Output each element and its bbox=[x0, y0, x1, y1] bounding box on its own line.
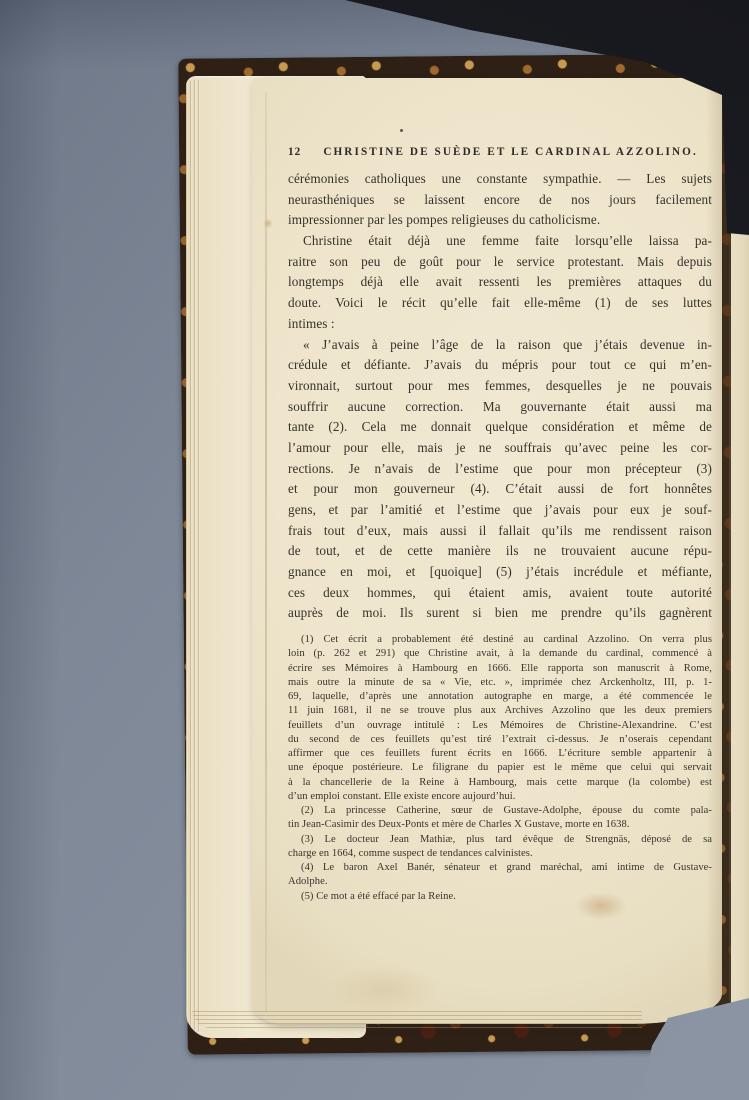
body-line: frais tout d’eux, mais aussi il fallait … bbox=[288, 521, 712, 542]
footnote-line: tin Jean-Casimir des Deux-Ponts et mère … bbox=[288, 818, 712, 832]
footnote-line: à la chancellerie de la Reine à Hambourg… bbox=[288, 776, 712, 790]
next-page-edge bbox=[731, 233, 749, 1003]
body-line: gens, et par l’amitié et l’estime que j’… bbox=[288, 500, 712, 521]
page-stack-striations bbox=[186, 80, 202, 1032]
book-photo: 12 CHRISTINE DE SUÈDE ET LE CARDINAL AZZ… bbox=[0, 0, 749, 1100]
body-line: et pour mon gouverneur (4). C’était auss… bbox=[288, 479, 712, 500]
footnote: (5) Ce mot a été effacé par la Reine. bbox=[288, 890, 712, 904]
page-header: 12 CHRISTINE DE SUÈDE ET LE CARDINAL AZZ… bbox=[288, 146, 712, 158]
footnote-line: loin (p. 262 et 291) que Christine avait… bbox=[288, 647, 712, 661]
footnote-line: écrire ses Mémoires à Hambourg en 1666. … bbox=[288, 662, 712, 676]
body-line: crédule et défiante. J’avais du mépris p… bbox=[288, 355, 712, 376]
footnote-line: Adolphe. bbox=[288, 875, 712, 889]
footnote-line: mais outre la minute de sa « Vie, etc. »… bbox=[288, 676, 712, 690]
body-line: gnance en moi, et [quoique] (5) j’étais … bbox=[288, 562, 712, 583]
body-line: cérémonies catholiques une constante sym… bbox=[288, 169, 712, 190]
body-line: souffrir aucune correction. Ma gouvernan… bbox=[288, 397, 712, 418]
footnotes: (1) Cet écrit a probablement été destiné… bbox=[288, 633, 712, 904]
footnote-line: (3) Le docteur Jean Mathiæ, plus tard év… bbox=[288, 833, 712, 847]
footnote: (2) La princesse Catherine, sœur de Gust… bbox=[288, 804, 712, 833]
body-line: de tout, et de cette manière ils ne trou… bbox=[288, 541, 712, 562]
footnote-line: feuillets d’un ouvrage intitulé : Les Mé… bbox=[288, 719, 712, 733]
page-text: 12 CHRISTINE DE SUÈDE ET LE CARDINAL AZZ… bbox=[288, 146, 712, 904]
body-line: neurasthéniques se laissent encore de no… bbox=[288, 190, 712, 211]
footnote: (4) Le baron Axel Banér, sénateur et gra… bbox=[288, 861, 712, 890]
body-paragraph: « J’avais à peine l’âge de la raison que… bbox=[288, 335, 712, 625]
body-line: ces deux hommes, qui étaient amis, avaie… bbox=[288, 583, 712, 604]
running-title: CHRISTINE DE SUÈDE ET LE CARDINAL AZZOLI… bbox=[309, 146, 712, 158]
page-stain bbox=[330, 965, 440, 1013]
footnote-line: 69, laquelle, d’après une annotation aut… bbox=[288, 690, 712, 704]
body-line: tante (2). Cela me donnait quelque consi… bbox=[288, 417, 712, 438]
footnote-line: (5) Ce mot a été effacé par la Reine. bbox=[288, 890, 712, 904]
footnote: (3) Le docteur Jean Mathiæ, plus tard év… bbox=[288, 833, 712, 862]
footnote-line: (2) La princesse Catherine, sœur de Gust… bbox=[288, 804, 712, 818]
footnote: (1) Cet écrit a probablement été destiné… bbox=[288, 633, 712, 804]
page-speck bbox=[400, 129, 403, 132]
body-line: doute. Voici le récit qu’elle fait elle-… bbox=[288, 293, 712, 314]
body-line: Christine était déjà une femme faite lor… bbox=[288, 231, 712, 252]
body-line: l’amour pour elle, mais je ne souffrais … bbox=[288, 438, 712, 459]
body-line: intimes : bbox=[288, 314, 712, 335]
footnote-line: affirmer que ces feuillets furent écrits… bbox=[288, 747, 712, 761]
footnote-line: (4) Le baron Axel Banér, sénateur et gra… bbox=[288, 861, 712, 875]
page-number: 12 bbox=[288, 146, 301, 158]
body-line: auprès de moi. Ils surent si bien me pre… bbox=[288, 603, 712, 624]
body-line: longtemps déjà elle avait ressenti les p… bbox=[288, 272, 712, 293]
footnote-line: une époque postérieure. Le filigrane du … bbox=[288, 761, 712, 775]
body-paragraph: Christine était déjà une femme faite lor… bbox=[288, 231, 712, 334]
page-bottom-edges bbox=[192, 1010, 642, 1028]
page-crease bbox=[265, 92, 267, 1012]
page-stain bbox=[263, 219, 273, 228]
body-line: vironnait, surtout pour mes femmes, desq… bbox=[288, 376, 712, 397]
body-line: impressionner par les pompes religieuses… bbox=[288, 210, 712, 231]
footnote-line: du second de ces feuillets qu’est tiré l… bbox=[288, 733, 712, 747]
body-line: raitre son peu de goût pour le service p… bbox=[288, 252, 712, 273]
footnote-line: charge en 1664, comme suspect de tendanc… bbox=[288, 847, 712, 861]
footnote-line: d’un emploi constant. Elle existe encore… bbox=[288, 790, 712, 804]
backdrop-vignette bbox=[0, 0, 60, 1100]
footnote-line: (1) Cet écrit a probablement été destiné… bbox=[288, 633, 712, 647]
body-line: « J’avais à peine l’âge de la raison que… bbox=[288, 335, 712, 356]
body-paragraph: cérémonies catholiques une constante sym… bbox=[288, 169, 712, 231]
footnote-line: 11 juin 1681, il ne se trouve plus aux A… bbox=[288, 704, 712, 718]
page-body: cérémonies catholiques une constante sym… bbox=[288, 169, 712, 624]
body-line: rections. Je n’avais de l’estime que pou… bbox=[288, 459, 712, 480]
